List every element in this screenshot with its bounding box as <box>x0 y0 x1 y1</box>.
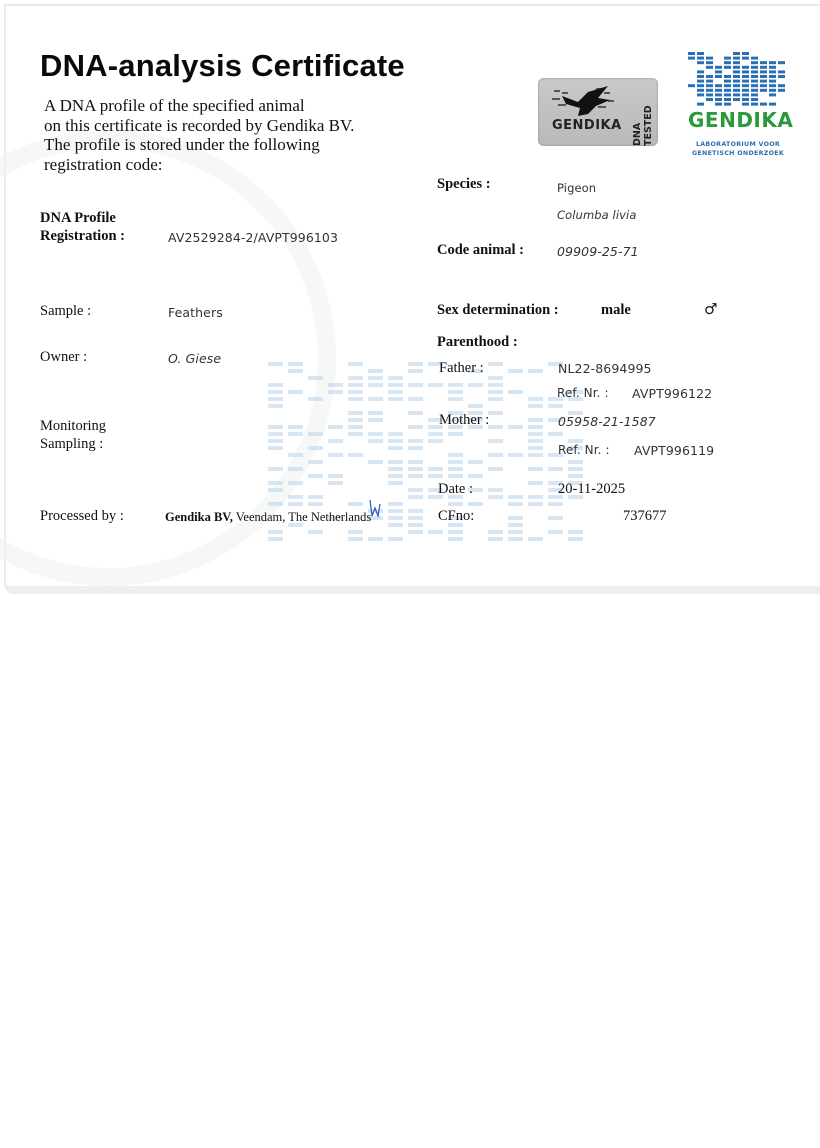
gendika-logo: GENDIKA LABORATORIUM VOOR GENETISCH ONDE… <box>688 52 788 113</box>
monitoring-label-1: Monitoring <box>40 418 106 435</box>
monitoring-label-2: Sampling : <box>40 436 103 453</box>
cfno-label: CFno: <box>438 508 474 525</box>
cfno-value: 737677 <box>623 508 667 525</box>
mother-value: 05958-21-1587 <box>558 414 656 429</box>
owner-value: O. Giese <box>168 351 221 366</box>
species-label: Species : <box>437 176 491 193</box>
sex-determination-label: Sex determination : <box>437 302 559 319</box>
owner-label: Owner : <box>40 349 87 366</box>
registration-value: AV2529284-2/AVPT996103 <box>168 230 338 245</box>
father-label: Father : <box>439 360 484 377</box>
signature-mark <box>368 498 382 518</box>
code-animal-label: Code animal : <box>437 242 524 259</box>
intro-line: on this certificate is recorded by Gendi… <box>44 116 354 136</box>
mother-ref-value: AVPT996119 <box>634 443 714 458</box>
species-latin-value: Columba livia <box>557 208 637 222</box>
father-value: NL22-8694995 <box>558 361 652 376</box>
sample-label: Sample : <box>40 303 91 320</box>
parenthood-label: Parenthood : <box>437 334 518 351</box>
gendika-g-icon <box>688 52 788 108</box>
pigeon-icon <box>548 84 634 120</box>
male-symbol-icon: ♂ <box>704 300 717 318</box>
sex-value: male <box>601 302 631 319</box>
code-animal-value: 09909-25-71 <box>557 244 639 259</box>
mother-label: Mother : <box>439 412 489 429</box>
intro-line: registration code: <box>44 155 354 175</box>
company-name: GENDIKA <box>688 108 788 132</box>
company-subtitle: LABORATORIUM VOOR GENETISCH ONDERZOEK <box>682 140 794 158</box>
processed-label: Processed by : <box>40 508 124 525</box>
sticker-vertical-text: DNA TESTED <box>632 84 654 146</box>
date-label: Date : <box>438 481 473 498</box>
sticker-brand: GENDIKA <box>552 118 622 133</box>
mother-ref-label: Ref. Nr. : <box>558 443 610 457</box>
species-common-value: Pigeon <box>557 181 596 195</box>
intro-line: A DNA profile of the specified animal <box>44 96 354 116</box>
dna-tested-sticker: GENDIKA DNA TESTED <box>538 78 658 146</box>
certificate-title: DNA-analysis Certificate <box>40 48 405 84</box>
registration-label-1: DNA Profile <box>40 210 116 227</box>
intro-line: The profile is stored under the followin… <box>44 135 354 155</box>
father-ref-label: Ref. Nr. : <box>557 386 609 400</box>
registration-label-2: Registration : <box>40 228 125 245</box>
sample-value: Feathers <box>168 305 223 320</box>
processed-value: Gendika BV, Veendam, The Netherlands <box>165 510 371 525</box>
father-ref-value: AVPT996122 <box>632 386 712 401</box>
date-value: 20-11-2025 <box>558 481 625 498</box>
certificate-intro: A DNA profile of the specified animal on… <box>44 96 354 174</box>
